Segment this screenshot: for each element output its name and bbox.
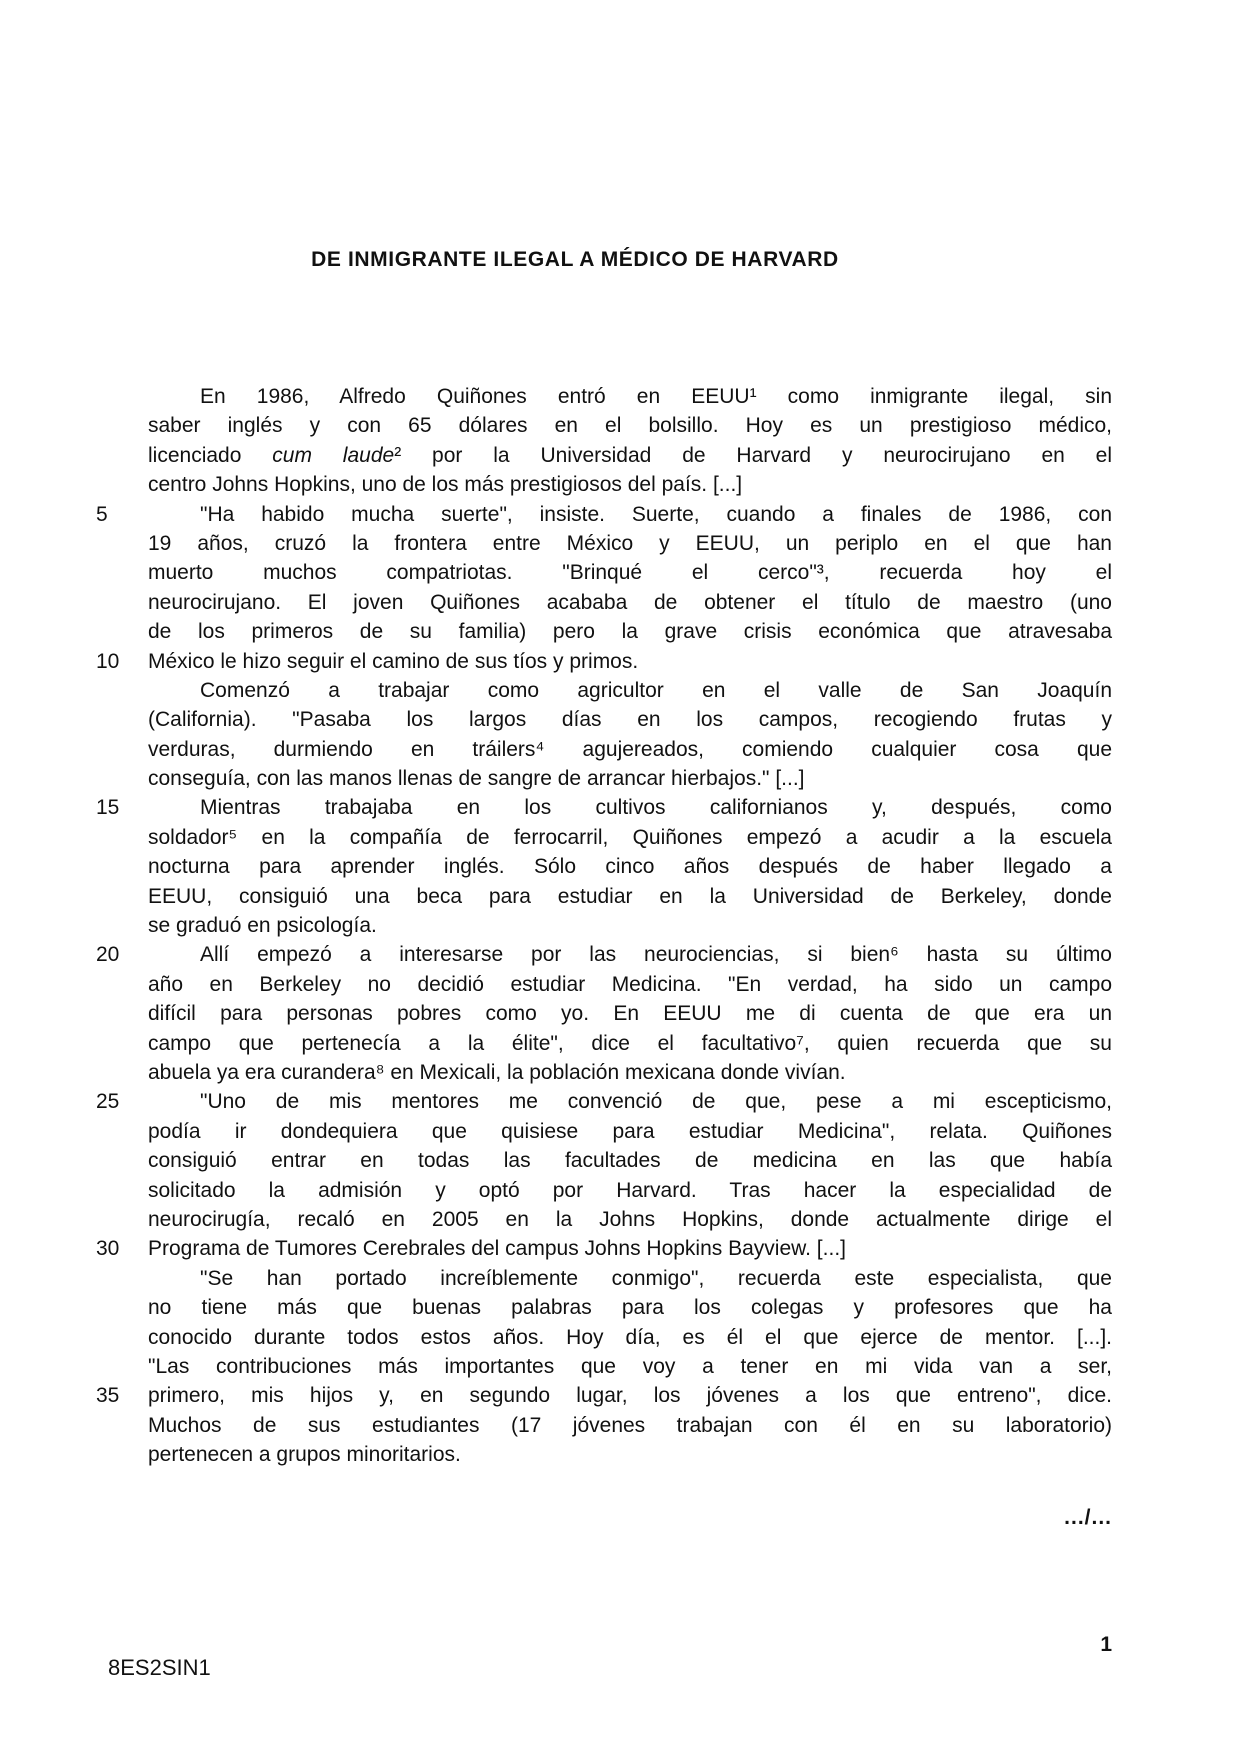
text-line: licenciado cum laude² por la Universidad… — [148, 441, 1112, 470]
line-text: se graduó en psicología. — [148, 914, 377, 937]
line-text: Muchos de sus estudiantes (17 jóvenes tr… — [148, 1414, 1112, 1437]
line-text: solicitado la admisión y optó por Harvar… — [148, 1179, 1112, 1202]
line-text: pertenecen a grupos minoritarios. — [148, 1443, 461, 1466]
line-number: 25 — [96, 1087, 128, 1116]
text-line: neurocirujano. El joven Quiñones acababa… — [148, 588, 1112, 617]
line-text: conocido durante todos estos años. Hoy d… — [148, 1326, 1112, 1349]
text-line: se graduó en psicología. — [148, 911, 1112, 940]
line-text: difícil para personas pobres como yo. En… — [148, 1002, 1112, 1025]
line-text: ² por la Universidad de Harvard y neuroc… — [394, 444, 1112, 467]
text-line: centro Johns Hopkins, uno de los más pre… — [148, 470, 1112, 499]
text-line: no tiene más que buenas palabras para lo… — [148, 1293, 1112, 1322]
document-page: DE INMIGRANTE ILEGAL A MÉDICO DE HARVARD… — [0, 0, 1240, 1754]
line-number: 35 — [96, 1381, 128, 1410]
text-line: 10México le hizo seguir el camino de sus… — [148, 647, 1112, 676]
text-line: 15Mientras trabajaba en los cultivos cal… — [148, 793, 1112, 822]
latin-phrase: cum laude — [272, 444, 394, 467]
text-line: verduras, durmiendo en tráilers⁴ agujere… — [148, 735, 1112, 764]
line-text: México le hizo seguir el camino de sus t… — [148, 650, 638, 673]
text-line: 19 años, cruzó la frontera entre México … — [148, 529, 1112, 558]
text-line: neurocirugía, recaló en 2005 en la Johns… — [148, 1205, 1112, 1234]
line-text: consiguió entrar en todas las facultades… — [148, 1149, 1112, 1172]
line-text: licenciado — [148, 444, 272, 467]
text-line: EEUU, consiguió una beca para estudiar e… — [148, 882, 1112, 911]
line-text: primero, mis hijos y, en segundo lugar, … — [148, 1384, 1112, 1407]
line-text: podía ir dondequiera que quisiese para e… — [148, 1120, 1112, 1143]
line-text: Allí empezó a interesarse por las neuroc… — [200, 943, 1112, 966]
line-text: saber inglés y con 65 dólares en el bols… — [148, 414, 1112, 437]
line-text: soldador⁵ en la compañía de ferrocarril,… — [148, 826, 1112, 849]
text-line: Muchos de sus estudiantes (17 jóvenes tr… — [148, 1411, 1112, 1440]
text-line: soldador⁵ en la compañía de ferrocarril,… — [148, 823, 1112, 852]
text-line: "Las contribuciones más importantes que … — [148, 1352, 1112, 1381]
text-line: 5"Ha habido mucha suerte", insiste. Suer… — [148, 500, 1112, 529]
line-number: 5 — [96, 500, 128, 529]
line-text: año en Berkeley no decidió estudiar Medi… — [148, 973, 1112, 996]
line-text: conseguía, con las manos llenas de sangr… — [148, 767, 805, 790]
text-line: (California). "Pasaba los largos días en… — [148, 705, 1112, 734]
line-number: 10 — [96, 647, 128, 676]
text-line: conocido durante todos estos años. Hoy d… — [148, 1323, 1112, 1352]
line-text: Programa de Tumores Cerebrales del campu… — [148, 1237, 846, 1260]
line-text: verduras, durmiendo en tráilers⁴ agujere… — [148, 738, 1112, 761]
line-text: abuela ya era curandera⁸ en Mexicali, la… — [148, 1061, 846, 1084]
text-line: podía ir dondequiera que quisiese para e… — [148, 1117, 1112, 1146]
text-line: de los primeros de su familia) pero la g… — [148, 617, 1112, 646]
text-line: muerto muchos compatriotas. "Brinqué el … — [148, 558, 1112, 587]
line-text: muerto muchos compatriotas. "Brinqué el … — [148, 561, 1112, 584]
line-text: nocturna para aprender inglés. Sólo cinc… — [148, 855, 1112, 878]
line-text: Mientras trabajaba en los cultivos calif… — [200, 796, 1112, 819]
text-line: abuela ya era curandera⁸ en Mexicali, la… — [148, 1058, 1112, 1087]
line-text: no tiene más que buenas palabras para lo… — [148, 1296, 1112, 1319]
text-line: 35primero, mis hijos y, en segundo lugar… — [148, 1381, 1112, 1410]
page-title: DE INMIGRANTE ILEGAL A MÉDICO DE HARVARD — [93, 248, 1057, 272]
document-code: 8ES2SIN1 — [108, 1655, 211, 1681]
line-text: "Se han portado increíblemente conmigo",… — [200, 1267, 1112, 1290]
text-line: solicitado la admisión y optó por Harvar… — [148, 1176, 1112, 1205]
line-number: 15 — [96, 793, 128, 822]
line-text: 19 años, cruzó la frontera entre México … — [148, 532, 1112, 555]
continuation-mark: .../... — [148, 1506, 1112, 1530]
text-line: 30Programa de Tumores Cerebrales del cam… — [148, 1234, 1112, 1263]
line-text: neurocirujano. El joven Quiñones acababa… — [148, 591, 1112, 614]
line-text: "Uno de mis mentores me convenció de que… — [200, 1090, 1112, 1113]
line-text: "Las contribuciones más importantes que … — [148, 1355, 1112, 1378]
text-line: pertenecen a grupos minoritarios. — [148, 1440, 1112, 1469]
text-line: campo que pertenecía a la élite", dice e… — [148, 1029, 1112, 1058]
line-number: 20 — [96, 940, 128, 969]
text-line: 20Allí empezó a interesarse por las neur… — [148, 940, 1112, 969]
line-text: neurocirugía, recaló en 2005 en la Johns… — [148, 1208, 1112, 1231]
text-line: año en Berkeley no decidió estudiar Medi… — [148, 970, 1112, 999]
text-line: En 1986, Alfredo Quiñones entró en EEUU¹… — [148, 382, 1112, 411]
text-line: difícil para personas pobres como yo. En… — [148, 999, 1112, 1028]
text-line: "Se han portado increíblemente conmigo",… — [148, 1264, 1112, 1293]
line-text: En 1986, Alfredo Quiñones entró en EEUU¹… — [200, 385, 1112, 408]
line-text: centro Johns Hopkins, uno de los más pre… — [148, 473, 742, 496]
text-line: 25"Uno de mis mentores me convenció de q… — [148, 1087, 1112, 1116]
line-text: Comenzó a trabajar como agricultor en el… — [200, 679, 1112, 702]
line-text: "Ha habido mucha suerte", insiste. Suert… — [200, 503, 1112, 526]
line-text: EEUU, consiguió una beca para estudiar e… — [148, 885, 1112, 908]
text-line: Comenzó a trabajar como agricultor en el… — [148, 676, 1112, 705]
line-number: 30 — [96, 1234, 128, 1263]
text-line: saber inglés y con 65 dólares en el bols… — [148, 411, 1112, 440]
text-line: nocturna para aprender inglés. Sólo cinc… — [148, 852, 1112, 881]
page-number: 1 — [148, 1633, 1112, 1657]
line-text: de los primeros de su familia) pero la g… — [148, 620, 1112, 643]
text-line: consiguió entrar en todas las facultades… — [148, 1146, 1112, 1175]
text-line: conseguía, con las manos llenas de sangr… — [148, 764, 1112, 793]
line-text: campo que pertenecía a la élite", dice e… — [148, 1032, 1112, 1055]
body-text: En 1986, Alfredo Quiñones entró en EEUU¹… — [148, 382, 1112, 1469]
line-text: (California). "Pasaba los largos días en… — [148, 708, 1112, 731]
